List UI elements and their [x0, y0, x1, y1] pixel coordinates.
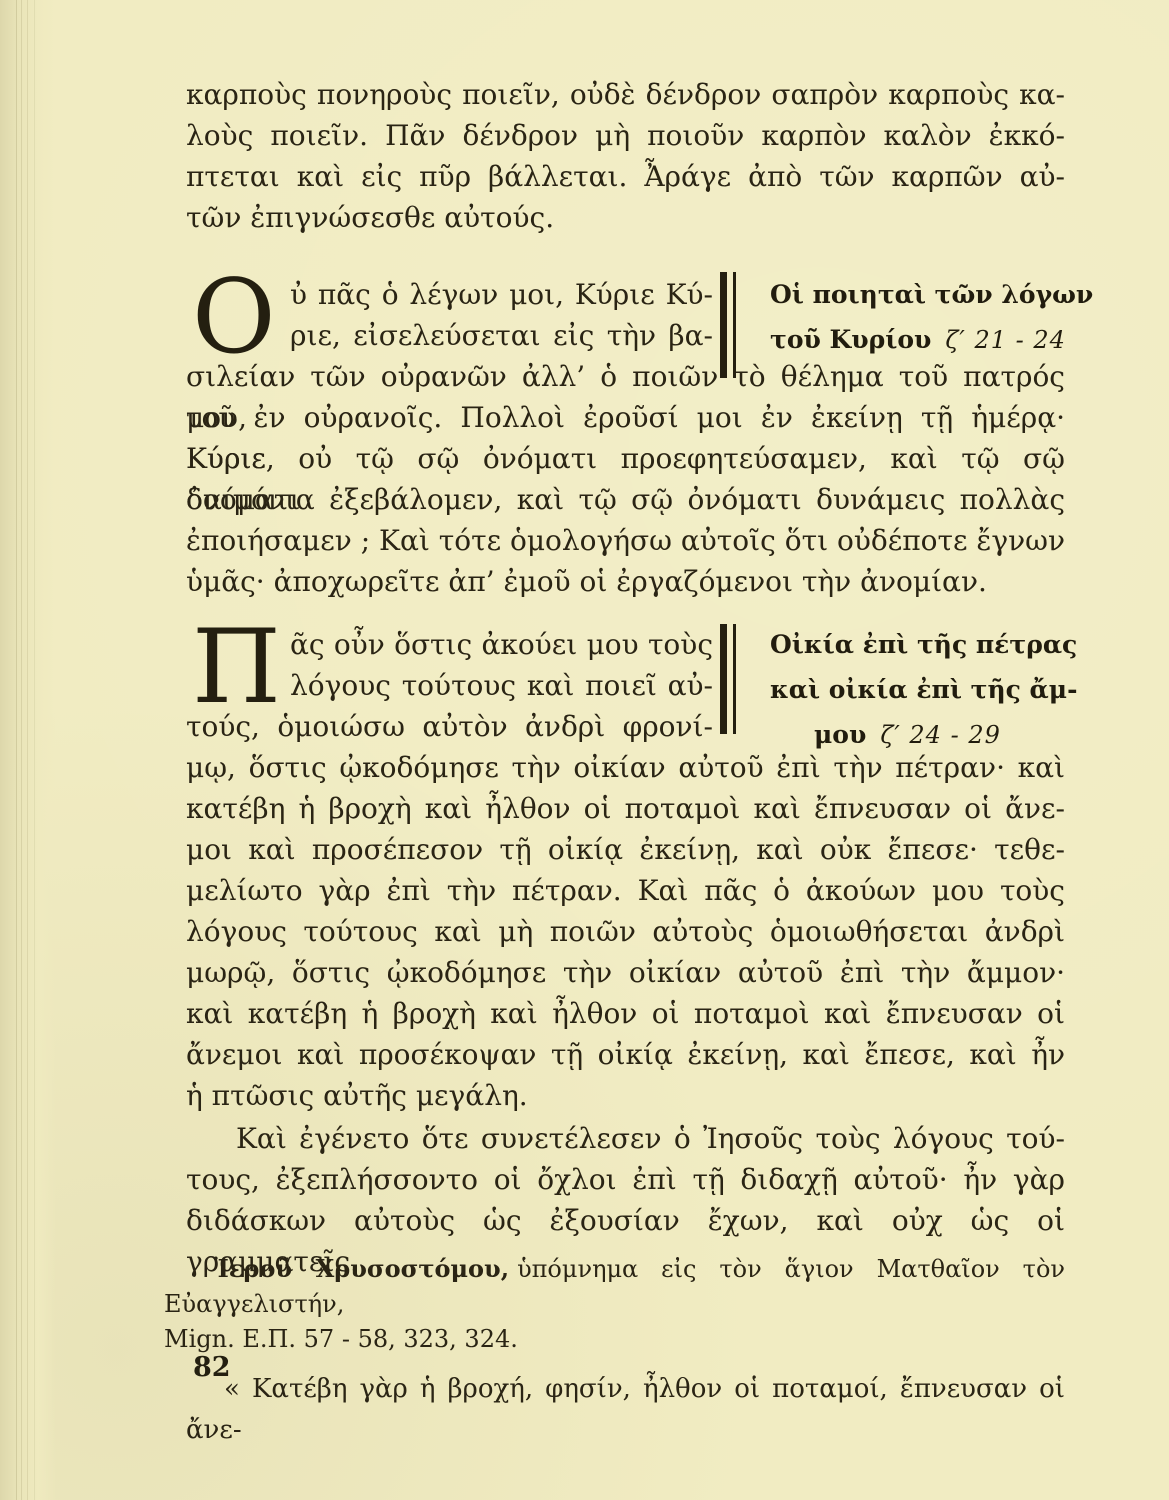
margin-note-reference: ζ′ 24 - 29	[880, 721, 1001, 749]
margin-note-line: Οἱ ποιηταὶ τῶν λόγων	[770, 272, 1065, 317]
text-line: διδάσκων αὐτοὺς ὡς ἐξουσίαν ἔχων, καὶ οὐ…	[186, 1200, 1065, 1241]
book-page-scan: καρποὺς πονηροὺς ποιεῖν, οὐδὲ δένδρον σα…	[0, 0, 1169, 1500]
text-line: μωρῷ, ὅστις ᾠκοδόμησε τὴν οἰκίαν αὐτοῦ ἐ…	[186, 952, 1065, 993]
page-edge-line	[27, 0, 28, 1500]
footnote-line: Mign. Ε.Π. 57 - 58, 323, 324.	[164, 1322, 1065, 1357]
drop-cap-omicron: Ο	[192, 270, 276, 366]
margin-note-text: τοῦ Κυρίου	[770, 325, 931, 354]
text-line: καὶ κατέβη ἡ βροχὴ καὶ ἦλθον οἱ ποταμοὶ …	[186, 993, 1065, 1034]
paragraph-quote: « Κατέβη γὰρ ἡ βροχή, φησίν, ἦλθον οἱ πο…	[186, 1369, 1065, 1410]
drop-cap-pi: Π	[192, 620, 281, 716]
text-line: ἄνεμοι καὶ προσέκοψαν τῇ οἰκίᾳ ἐκείνῃ, κ…	[186, 1034, 1065, 1075]
paragraph-oikia: Π Οἰκία ἐπὶ τῆς πέτρας καὶ οἰκία ἐπὶ τῆς…	[186, 624, 1065, 1116]
text-line: δαιμόνια ἐξεβάλομεν, καὶ τῷ σῷ ὀνόματι δ…	[186, 479, 1065, 520]
page-edge-line	[34, 0, 35, 1500]
text-line: ἡ πτῶσις αὐτῆς μεγάλη.	[186, 1075, 1065, 1116]
text-line: λόγους τούτους καὶ ποιεῖ αὐ-	[290, 665, 713, 706]
margin-note-line: Οἰκία ἐπὶ τῆς πέτρας	[770, 622, 1065, 667]
text-line: Καὶ ἐγένετο ὅτε συνετέλεσεν ὁ Ἰησοῦς τοὺ…	[186, 1118, 1065, 1159]
margin-note-reference: ζ′ 21 - 24	[945, 326, 1066, 354]
page-number: 82	[193, 1352, 231, 1383]
text-line: « Κατέβη γὰρ ἡ βροχή, φησίν, ἦλθον οἱ πο…	[186, 1369, 1065, 1410]
text-line: μελίωτο γὰρ ἐπὶ τὴν πέτραν. Καὶ πᾶς ὁ ἀκ…	[186, 870, 1065, 911]
text-line: ὐ πᾶς ὁ λέγων μοι, Κύριε Κύ-	[290, 274, 713, 315]
text-line: μοι καὶ προσέπεσον τῇ οἰκίᾳ ἐκείνῃ, καὶ …	[186, 829, 1065, 870]
margin-note-kyrie: Οἱ ποιηταὶ τῶν λόγων τοῦ Κυρίουζ′ 21 - 2…	[770, 272, 1065, 363]
text-line: ᾶς οὖν ὅστις ἀκούει μου τοὺς	[290, 624, 713, 665]
text-line: καρποὺς πονηροὺς ποιεῖν, οὐδὲ δένδρον σα…	[186, 74, 1065, 115]
text-line: τοῦ ἐν οὐρανοῖς. Πολλοὶ ἐροῦσί μοι ἐν ἐκ…	[186, 397, 1065, 438]
page-edge-line	[16, 0, 17, 1500]
margin-note-text: μου	[814, 720, 866, 749]
text-line: ὑμᾶς· ἀποχωρεῖτε ἀπ’ ἐμοῦ οἱ ἐργαζόμενοι…	[186, 561, 1065, 602]
text-line: τους, ἐξεπλήσσοντο οἱ ὄχλοι ἐπὶ τῇ διδαχ…	[186, 1159, 1065, 1200]
page-edge-shading	[0, 0, 56, 1500]
text-line: Κύριε, οὐ τῷ σῷ ὀνόματι προεφητεύσαμεν, …	[186, 438, 1065, 479]
paragraph-closing: Καὶ ἐγένετο ὅτε συνετέλεσεν ὁ Ἰησοῦς τοὺ…	[186, 1118, 1065, 1241]
text-line: τῶν ἐπιγνώσεσθε αὐτούς.	[186, 197, 1065, 238]
text-line: κατέβη ἡ βροχὴ καὶ ἦλθον οἱ ποταμοὶ καὶ …	[186, 788, 1065, 829]
paragraph-kyrie: Ο Οἱ ποιηταὶ τῶν λόγων τοῦ Κυρίουζ′ 21 -…	[186, 274, 1065, 602]
text-line: λοὺς ποιεῖν. Πᾶν δένδρον μὴ ποιοῦν καρπὸ…	[186, 115, 1065, 156]
text-line: ἐποιήσαμεν ; Καὶ τότε ὁμολογήσω αὐτοῖς ὅ…	[186, 520, 1065, 561]
text-block: καρποὺς πονηροὺς ποιεῖν, οὐδὲ δένδρον σα…	[186, 74, 1065, 1410]
text-line: ριε, εἰσελεύσεται εἰς τὴν βα-	[290, 315, 713, 356]
page-edge-line	[21, 0, 22, 1500]
margin-note-rule-thin	[733, 624, 736, 734]
margin-note-rule-thick	[720, 624, 727, 734]
text-line: πτεται καὶ εἰς πῦρ βάλλεται. Ἆράγε ἀπὸ τ…	[186, 156, 1065, 197]
margin-note-line: τοῦ Κυρίουζ′ 21 - 24	[770, 317, 1065, 363]
margin-note-line: μουζ′ 24 - 29	[770, 712, 1065, 758]
margin-note-rule-thick	[720, 272, 727, 378]
margin-note-line: καὶ οἰκία ἐπὶ τῆς ἄμ-	[770, 667, 1065, 712]
margin-note-oikia: Οἰκία ἐπὶ τῆς πέτρας καὶ οἰκία ἐπὶ τῆς ἄ…	[770, 622, 1065, 758]
margin-note-rule-thin	[733, 272, 736, 378]
text-line: λόγους τούτους καὶ μὴ ποιῶν αὐτοὺς ὁμοιω…	[186, 911, 1065, 952]
paragraph-opening: καρποὺς πονηροὺς ποιεῖν, οὐδὲ δένδρον σα…	[186, 74, 1065, 238]
